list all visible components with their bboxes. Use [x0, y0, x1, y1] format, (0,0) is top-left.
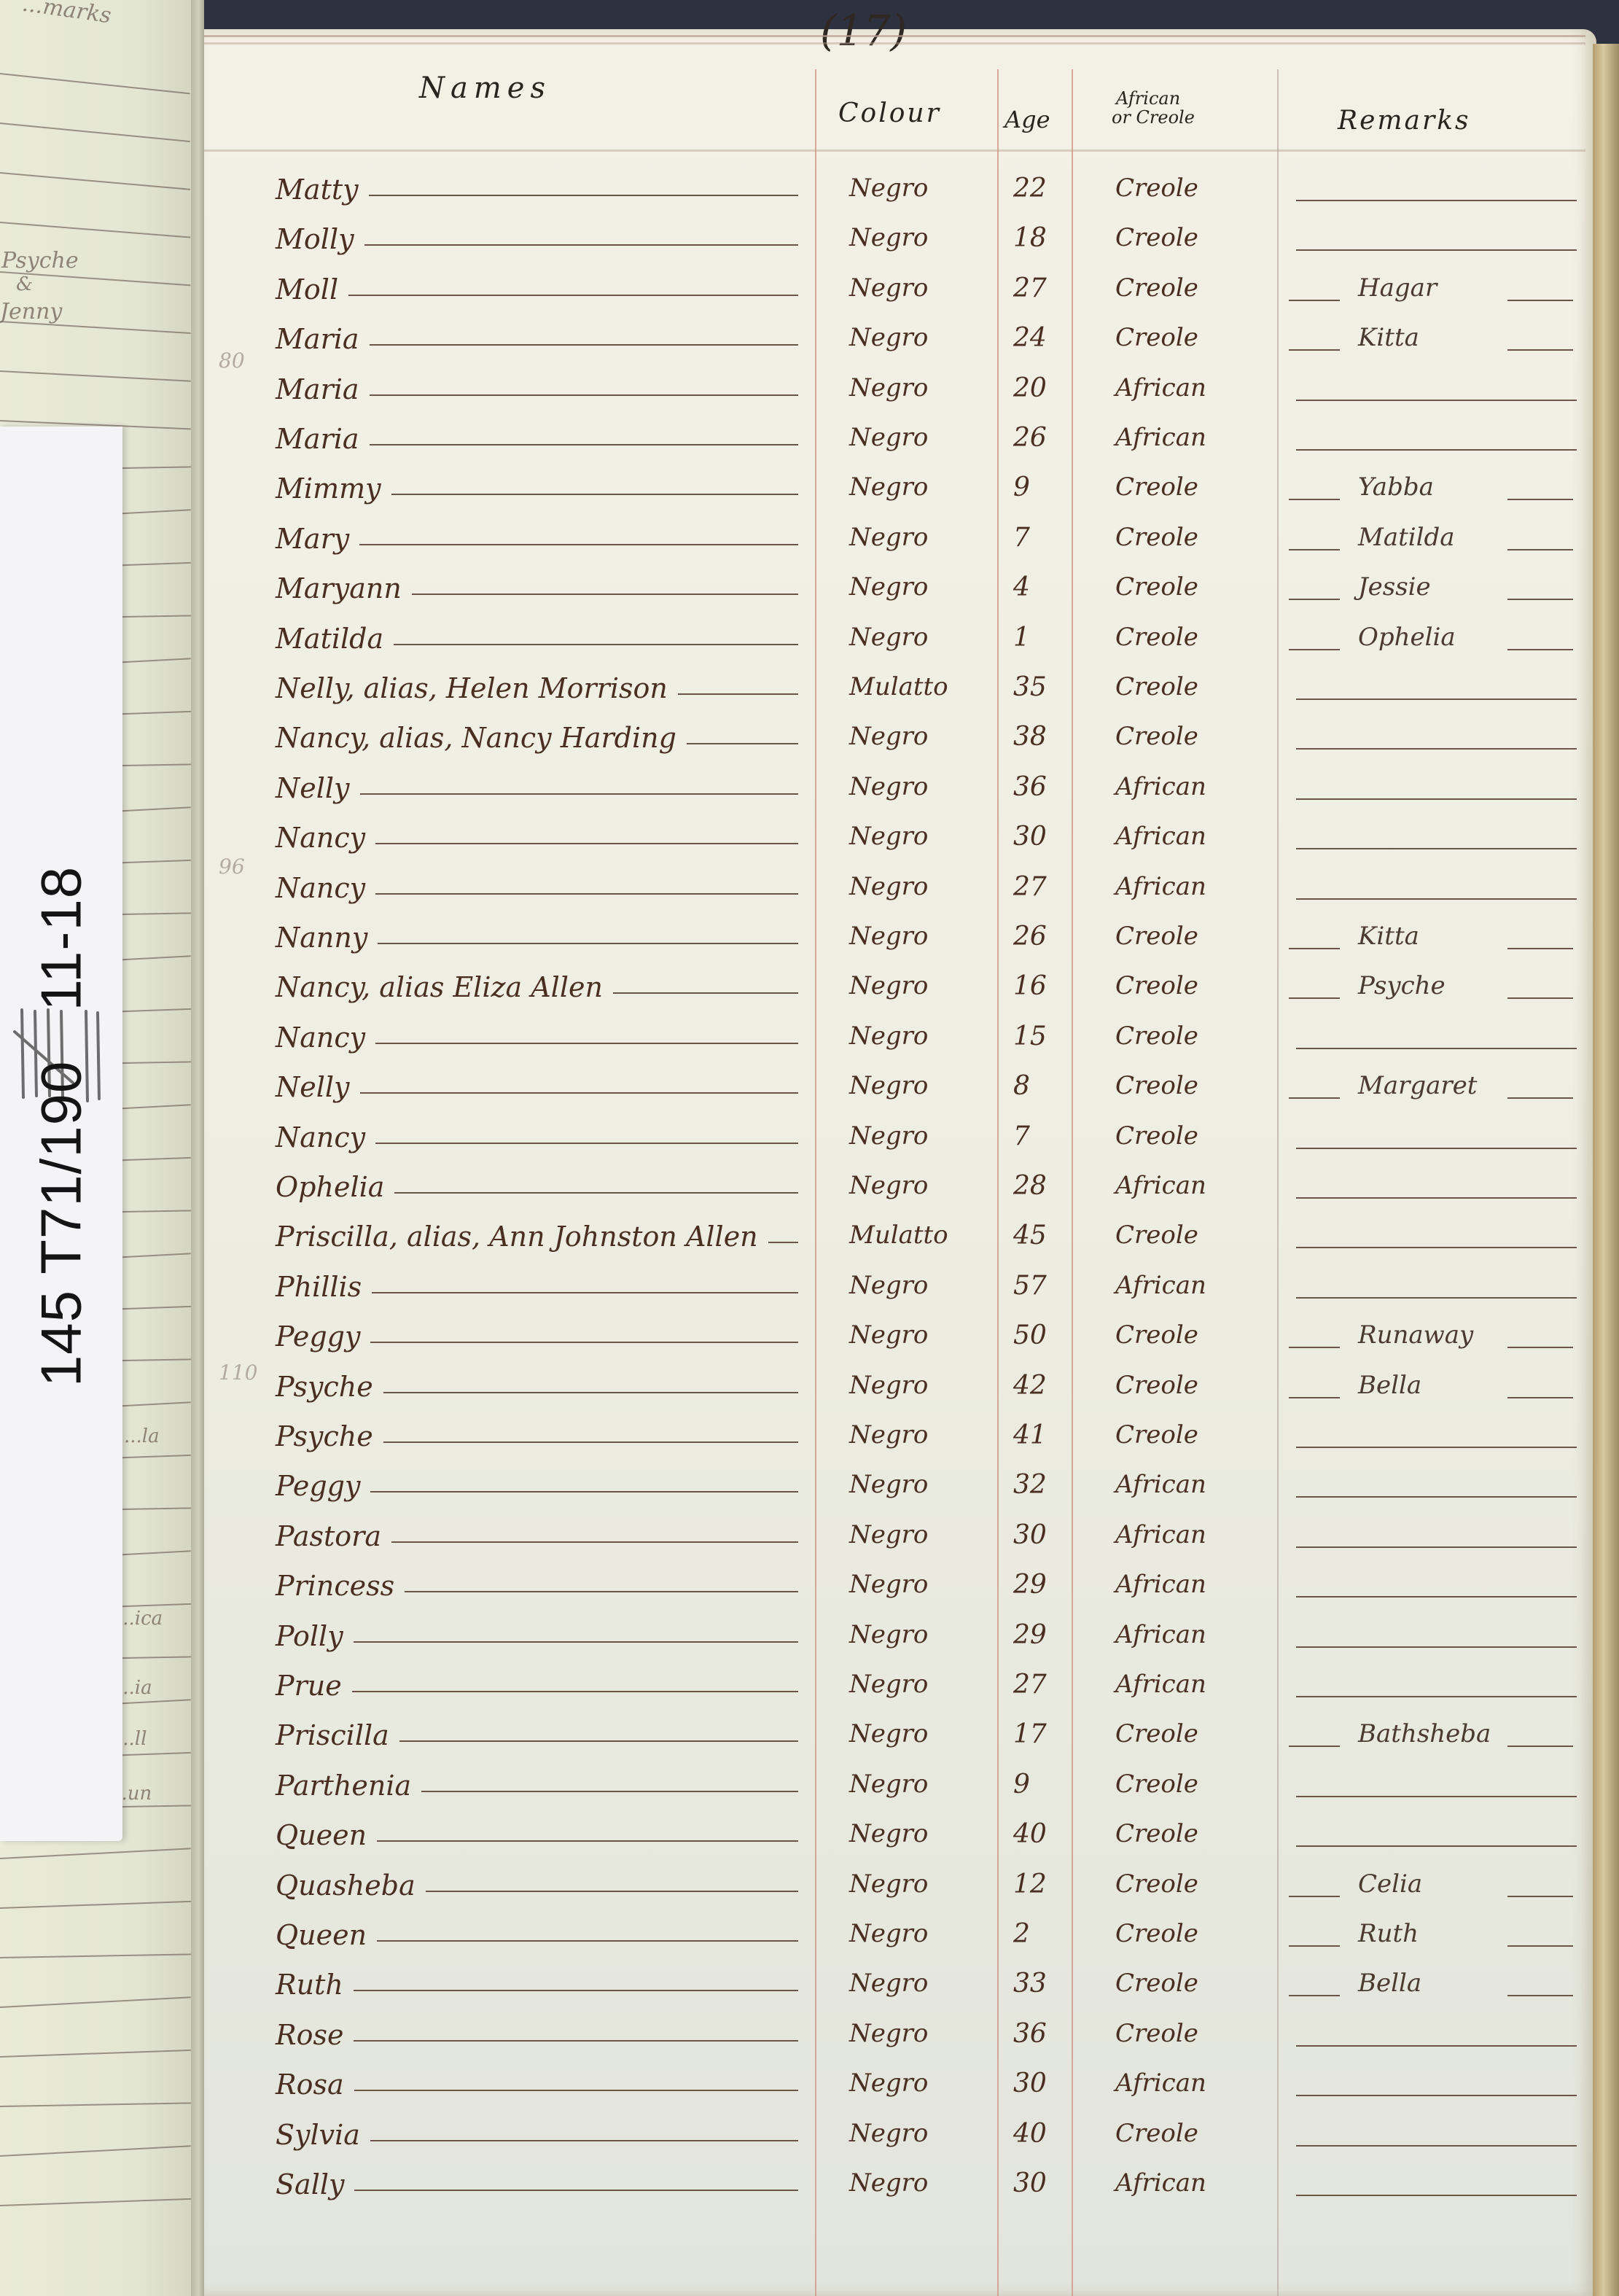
cell-remarks — [1289, 722, 1580, 758]
table-row: PeggyNegro32African — [0, 1470, 1619, 1514]
cell-remarks — [1289, 1221, 1580, 1257]
remarks-blank-line — [1296, 898, 1577, 900]
left-page-rule — [0, 122, 190, 142]
name-fill-line — [391, 494, 798, 495]
remark-text: Psyche — [1358, 971, 1446, 1000]
cell-colour: Negro — [849, 174, 928, 203]
cell-name: Quasheba — [276, 1869, 798, 1902]
remarks-dash — [1507, 948, 1573, 949]
cell-origin: Creole — [1115, 174, 1198, 203]
cell-origin: Creole — [1115, 1420, 1198, 1449]
remarks-blank-line — [1296, 698, 1577, 700]
remarks-dash — [1289, 599, 1340, 600]
cell-origin: African — [1115, 1470, 1206, 1499]
remarks-dash — [1507, 599, 1573, 600]
remarks-dash — [1507, 1746, 1573, 1747]
person-name: Rose — [276, 2019, 343, 2051]
cell-origin: African — [1115, 423, 1206, 452]
cell-name: Nancy — [276, 1121, 798, 1153]
page-number: (17) — [820, 6, 907, 55]
cell-remarks — [1289, 672, 1580, 709]
cell-age: 30 — [1013, 1520, 1047, 1550]
cell-remarks — [1289, 223, 1580, 260]
person-name: Psyche — [276, 1371, 373, 1403]
name-fill-line — [370, 344, 798, 346]
cell-origin: Creole — [1115, 572, 1198, 602]
cell-age: 9 — [1013, 472, 1030, 502]
cell-origin: Creole — [1115, 323, 1198, 352]
remarks-blank-line — [1296, 400, 1577, 401]
column-header-origin: African or Creole — [1112, 89, 1195, 127]
header-top-rule-double — [204, 42, 1585, 44]
remarks-dash — [1289, 1097, 1340, 1099]
name-fill-line — [370, 1491, 798, 1493]
cell-name: Moll — [276, 273, 798, 306]
person-name: Polly — [276, 1620, 343, 1652]
table-row: RuthNegro33CreoleBella — [0, 1969, 1619, 2012]
name-fill-line — [364, 244, 798, 246]
cell-origin: Creole — [1115, 672, 1198, 701]
name-fill-line — [399, 1740, 798, 1742]
table-row: MariaNegro24CreoleKitta — [0, 323, 1619, 367]
person-name: Mary — [276, 523, 349, 555]
cell-colour: Negro — [849, 1021, 928, 1051]
left-page-rule — [0, 73, 190, 94]
cell-colour: Negro — [849, 472, 928, 502]
cell-name: Ruth — [276, 1969, 798, 2001]
person-name: Mimmy — [276, 472, 381, 505]
cell-name: Queen — [276, 1919, 798, 1951]
person-name: Prue — [276, 1670, 342, 1702]
cell-origin: African — [1115, 2069, 1206, 2098]
cell-age: 7 — [1013, 523, 1030, 553]
cell-origin: Creole — [1115, 2019, 1198, 2048]
cell-colour: Negro — [849, 1271, 928, 1300]
person-name: Maria — [276, 423, 359, 455]
cell-age: 22 — [1013, 174, 1047, 203]
cell-age: 45 — [1013, 1221, 1047, 1250]
name-fill-line — [354, 1641, 798, 1643]
remarks-blank-line — [1296, 1646, 1577, 1648]
table-row: MariaNegro20African — [0, 373, 1619, 417]
cell-remarks — [1289, 1021, 1580, 1058]
person-name: Nancy — [276, 1121, 365, 1153]
cell-colour: Negro — [849, 722, 928, 751]
cell-origin: African — [1115, 373, 1206, 402]
table-row: RosaNegro30African — [0, 2069, 1619, 2112]
cell-colour: Negro — [849, 1819, 928, 1848]
cell-age: 12 — [1013, 1869, 1047, 1899]
cell-age: 50 — [1013, 1320, 1047, 1350]
person-name: Queen — [276, 1919, 367, 1951]
name-fill-line — [394, 1192, 798, 1194]
name-fill-line — [768, 1242, 798, 1243]
person-name: Peggy — [276, 1320, 360, 1353]
remarks-dash — [1289, 1995, 1340, 1996]
cell-age: 32 — [1013, 1470, 1047, 1500]
cell-age: 26 — [1013, 423, 1047, 453]
cell-colour: Negro — [849, 572, 928, 602]
name-fill-line — [354, 2090, 798, 2091]
cell-colour: Negro — [849, 772, 928, 801]
person-name: Priscilla — [276, 1719, 389, 1751]
remarks-dash — [1289, 1896, 1340, 1897]
cell-origin: Creole — [1115, 472, 1198, 502]
person-name: Nelly — [276, 1071, 350, 1103]
table-row: NellyNegro36African — [0, 772, 1619, 816]
person-name: Quasheba — [276, 1869, 416, 1902]
cell-remarks — [1289, 872, 1580, 908]
name-fill-line — [613, 992, 798, 994]
cell-origin: Creole — [1115, 1919, 1198, 1948]
remarks-dash — [1289, 1746, 1340, 1747]
cell-age: 8 — [1013, 1071, 1030, 1101]
table-row: Nancy, alias, Nancy HardingNegro38Creole — [0, 722, 1619, 766]
cell-age: 40 — [1013, 2119, 1047, 2149]
cell-remarks: Runaway — [1289, 1320, 1580, 1357]
name-fill-line — [678, 693, 798, 695]
person-name: Priscilla, alias, Ann Johnston Allen — [276, 1221, 758, 1253]
cell-age: 33 — [1013, 1969, 1047, 1999]
cell-name: Nanny — [276, 922, 798, 954]
table-row: PriscillaNegro17CreoleBathsheba — [0, 1719, 1619, 1763]
name-fill-line — [377, 1840, 798, 1842]
cell-name: Sylvia — [276, 2119, 798, 2151]
cell-name: Nancy — [276, 822, 798, 854]
cell-name: Polly — [276, 1620, 798, 1652]
cell-colour: Negro — [849, 1420, 928, 1449]
cell-remarks: Ruth — [1289, 1919, 1580, 1956]
cell-age: 15 — [1013, 1021, 1047, 1051]
table-row: Priscilla, alias, Ann Johnston AllenMula… — [0, 1221, 1619, 1264]
cell-origin: African — [1115, 1171, 1206, 1200]
table-row: OpheliaNegro28African — [0, 1171, 1619, 1215]
cell-origin: Creole — [1115, 1770, 1198, 1799]
name-fill-line — [348, 295, 798, 296]
cell-name: Nelly — [276, 1071, 798, 1103]
remark-text: Hagar — [1358, 273, 1437, 303]
cell-colour: Negro — [849, 1969, 928, 1998]
cell-origin: Creole — [1115, 2119, 1198, 2148]
cell-age: 57 — [1013, 1271, 1047, 1301]
cell-origin: African — [1115, 2168, 1206, 2198]
cell-name: Priscilla, alias, Ann Johnston Allen — [276, 1221, 798, 1253]
cell-age: 30 — [1013, 822, 1047, 852]
cell-name: Priscilla — [276, 1719, 798, 1751]
table-row: QueenNegro40Creole — [0, 1819, 1619, 1863]
remarks-blank-line — [1296, 1148, 1577, 1149]
cell-name: Psyche — [276, 1371, 798, 1403]
table-row: PeggyNegro50CreoleRunaway — [0, 1320, 1619, 1364]
cell-remarks: Psyche — [1289, 971, 1580, 1008]
cell-remarks: Matilda — [1289, 523, 1580, 559]
table-row: PartheniaNegro9Creole — [0, 1770, 1619, 1813]
remarks-dash — [1507, 1896, 1573, 1897]
cell-name: Molly — [276, 223, 798, 255]
table-row: MimmyNegro9CreoleYabba — [0, 472, 1619, 516]
remarks-blank-line — [1296, 1247, 1577, 1248]
cell-origin: Creole — [1115, 1071, 1198, 1100]
remark-text: Bella — [1358, 1969, 1421, 1998]
cell-name: Peggy — [276, 1470, 798, 1502]
cell-origin: Creole — [1115, 1221, 1198, 1250]
remark-text: Kitta — [1358, 922, 1419, 951]
remarks-blank-line — [1296, 1447, 1577, 1448]
name-fill-line — [394, 644, 798, 645]
cell-colour: Negro — [849, 1620, 928, 1649]
cell-age: 35 — [1013, 672, 1047, 702]
cell-age: 42 — [1013, 1371, 1047, 1401]
table-row: NancyNegro7Creole — [0, 1121, 1619, 1165]
table-row: RoseNegro36Creole — [0, 2019, 1619, 2063]
cell-remarks: Kitta — [1289, 922, 1580, 958]
person-name: Ruth — [276, 1969, 343, 2001]
cell-remarks — [1289, 1819, 1580, 1856]
cell-remarks: Jessie — [1289, 572, 1580, 609]
name-fill-line — [375, 843, 798, 844]
cell-remarks — [1289, 1171, 1580, 1207]
name-fill-line — [370, 444, 798, 445]
cell-origin: Creole — [1115, 722, 1198, 751]
cell-colour: Negro — [849, 1320, 928, 1350]
person-name: Matty — [276, 174, 359, 206]
cell-remarks: Bathsheba — [1289, 1719, 1580, 1756]
remarks-blank-line — [1296, 2195, 1577, 2196]
remarks-dash — [1289, 1347, 1340, 1348]
remarks-dash — [1507, 1397, 1573, 1398]
cell-remarks — [1289, 1271, 1580, 1307]
name-fill-line — [370, 1342, 798, 1343]
table-row: SallyNegro30African — [0, 2168, 1619, 2212]
cell-name: Maria — [276, 323, 798, 355]
person-name: Phillis — [276, 1271, 362, 1303]
cell-name: Peggy — [276, 1320, 798, 1353]
person-name: Nanny — [276, 922, 367, 954]
cell-colour: Negro — [849, 1520, 928, 1549]
remarks-dash — [1289, 649, 1340, 650]
cell-origin: Creole — [1115, 223, 1198, 252]
cell-remarks: Hagar — [1289, 273, 1580, 310]
person-name: Maria — [276, 323, 359, 355]
person-name: Pastora — [276, 1520, 381, 1552]
cell-name: Prue — [276, 1670, 798, 1702]
cell-age: 36 — [1013, 2019, 1047, 2049]
person-name: Nancy, alias Eliza Allen — [276, 971, 603, 1003]
cell-name: Psyche — [276, 1420, 798, 1452]
cell-origin: African — [1115, 822, 1206, 851]
cell-remarks: Bella — [1289, 1371, 1580, 1407]
cell-age: 36 — [1013, 772, 1047, 802]
remarks-dash — [1289, 1945, 1340, 1947]
cell-origin: African — [1115, 1570, 1206, 1599]
table-row: NannyNegro26CreoleKitta — [0, 922, 1619, 965]
cell-name: Mimmy — [276, 472, 798, 505]
cell-age: 40 — [1013, 1819, 1047, 1849]
table-row: PrincessNegro29African — [0, 1570, 1619, 1614]
cell-origin: African — [1115, 772, 1206, 801]
table-row: MaryNegro7CreoleMatilda — [0, 523, 1619, 567]
cell-name: Maryann — [276, 572, 798, 604]
table-row: MollNegro27CreoleHagar — [0, 273, 1619, 317]
cell-origin: African — [1115, 1620, 1206, 1649]
remarks-blank-line — [1296, 2095, 1577, 2096]
remarks-dash — [1289, 349, 1340, 351]
name-fill-line — [352, 1691, 798, 1692]
cell-remarks: Kitta — [1289, 323, 1580, 359]
cell-colour: Negro — [849, 323, 928, 352]
cell-age: 24 — [1013, 323, 1047, 353]
cell-colour: Negro — [849, 2168, 928, 2198]
remarks-blank-line — [1296, 1845, 1577, 1847]
person-name: Sally — [276, 2168, 344, 2200]
table-row: MariaNegro26African — [0, 423, 1619, 467]
name-fill-line — [383, 1441, 798, 1443]
cell-origin: Creole — [1115, 971, 1198, 1000]
cell-colour: Negro — [849, 1371, 928, 1400]
remarks-dash — [1289, 499, 1340, 500]
name-fill-line — [391, 1541, 798, 1543]
header-bottom-rule — [204, 149, 1585, 152]
column-header-origin-line2: or Creole — [1112, 108, 1195, 127]
table-row: PsycheNegro41Creole — [0, 1420, 1619, 1464]
cell-name: Princess — [276, 1570, 798, 1602]
cell-remarks — [1289, 1470, 1580, 1506]
remarks-dash — [1289, 997, 1340, 999]
person-name: Peggy — [276, 1470, 360, 1502]
remark-text: Celia — [1358, 1869, 1422, 1899]
cell-colour: Negro — [849, 1670, 928, 1699]
cell-age: 26 — [1013, 922, 1047, 952]
cell-name: Nelly, alias, Helen Morrison — [276, 672, 798, 704]
cell-remarks — [1289, 1770, 1580, 1806]
cell-name: Queen — [276, 1819, 798, 1851]
remarks-dash — [1507, 1945, 1573, 1947]
table-row: MattyNegro22Creole — [0, 174, 1619, 217]
person-name: Parthenia — [276, 1770, 411, 1802]
person-name: Nancy — [276, 872, 365, 904]
cell-colour: Negro — [849, 1719, 928, 1748]
cell-remarks: Ophelia — [1289, 623, 1580, 659]
left-page-header-fragment: ...marks — [20, 0, 113, 28]
column-header-age: Age — [1004, 106, 1050, 133]
person-name: Maryann — [276, 572, 402, 604]
name-fill-line — [354, 2190, 798, 2191]
name-fill-line — [375, 1043, 798, 1044]
cell-name: Rose — [276, 2019, 798, 2051]
person-name: Rosa — [276, 2069, 344, 2101]
cell-name: Nancy, alias, Nancy Harding — [276, 722, 798, 754]
name-fill-line — [375, 1143, 798, 1144]
remarks-blank-line — [1296, 1496, 1577, 1498]
cell-name: Matty — [276, 174, 798, 206]
cell-origin: Creole — [1115, 1969, 1198, 1998]
remarks-blank-line — [1296, 2145, 1577, 2147]
cell-origin: Creole — [1115, 1819, 1198, 1848]
cell-remarks — [1289, 174, 1580, 210]
person-name: Sylvia — [276, 2119, 360, 2151]
cell-remarks — [1289, 2168, 1580, 2205]
remarks-blank-line — [1296, 1048, 1577, 1049]
table-row: NancyNegro30African — [0, 822, 1619, 865]
cell-remarks — [1289, 1670, 1580, 1706]
cell-colour: Negro — [849, 1121, 928, 1151]
cell-age: 4 — [1013, 572, 1030, 602]
name-fill-line — [370, 394, 798, 396]
table-row: PsycheNegro42CreoleBella — [0, 1371, 1619, 1414]
table-row: PrueNegro27African — [0, 1670, 1619, 1713]
remarks-blank-line — [1296, 1596, 1577, 1598]
name-fill-line — [687, 743, 798, 744]
cell-name: Pastora — [276, 1520, 798, 1552]
remarks-blank-line — [1296, 249, 1577, 251]
cell-age: 7 — [1013, 1121, 1030, 1151]
person-name: Molly — [276, 223, 354, 255]
table-row: NellyNegro8CreoleMargaret — [0, 1071, 1619, 1115]
cell-origin: Creole — [1115, 1719, 1198, 1748]
cell-remarks — [1289, 2019, 1580, 2055]
cell-remarks: Bella — [1289, 1969, 1580, 2005]
cell-origin: Creole — [1115, 1371, 1198, 1400]
remarks-blank-line — [1296, 798, 1577, 800]
name-fill-line — [377, 1940, 798, 1942]
remarks-blank-line — [1296, 1696, 1577, 1697]
cell-remarks: Margaret — [1289, 1071, 1580, 1108]
cell-origin: Creole — [1115, 1869, 1198, 1899]
person-name: Nelly, alias, Helen Morrison — [276, 672, 668, 704]
name-fill-line — [354, 2040, 798, 2042]
table-row: QuashebaNegro12CreoleCelia — [0, 1869, 1619, 1913]
cell-origin: Creole — [1115, 922, 1198, 951]
table-row: PhillisNegro57African — [0, 1271, 1619, 1315]
cell-name: Ophelia — [276, 1171, 798, 1203]
cell-remarks — [1289, 1620, 1580, 1657]
name-fill-line — [372, 1292, 798, 1293]
table-row: MollyNegro18Creole — [0, 223, 1619, 267]
cell-remarks — [1289, 2069, 1580, 2105]
cell-remarks — [1289, 1570, 1580, 1606]
cell-colour: Negro — [849, 1171, 928, 1200]
cell-age: 29 — [1013, 1570, 1047, 1600]
cell-age: 30 — [1013, 2168, 1047, 2198]
name-fill-line — [359, 544, 798, 545]
cell-age: 27 — [1013, 872, 1047, 902]
person-name: Maria — [276, 373, 359, 405]
cell-age: 29 — [1013, 1620, 1047, 1650]
cell-colour: Negro — [849, 971, 928, 1000]
name-fill-line — [412, 594, 798, 595]
cell-name: Phillis — [276, 1271, 798, 1303]
cell-remarks: Yabba — [1289, 472, 1580, 509]
remarks-blank-line — [1296, 1546, 1577, 1548]
cell-colour: Negro — [849, 2019, 928, 2048]
remark-text: Ruth — [1358, 1919, 1419, 1948]
remarks-dash — [1507, 349, 1573, 351]
cell-name: Parthenia — [276, 1770, 798, 1802]
name-fill-line — [375, 893, 798, 895]
cell-colour: Negro — [849, 423, 928, 452]
cell-colour: Negro — [849, 1869, 928, 1899]
remark-text: Bella — [1358, 1371, 1421, 1400]
column-header-names: Names — [419, 71, 551, 105]
person-name: Nancy — [276, 822, 365, 854]
table-row: PastoraNegro30African — [0, 1520, 1619, 1564]
cell-age: 18 — [1013, 223, 1047, 253]
remarks-dash — [1289, 300, 1340, 301]
remarks-dash — [1289, 1397, 1340, 1398]
cell-remarks — [1289, 1520, 1580, 1557]
remarks-blank-line — [1296, 1297, 1577, 1299]
table-row: MaryannNegro4CreoleJessie — [0, 572, 1619, 616]
